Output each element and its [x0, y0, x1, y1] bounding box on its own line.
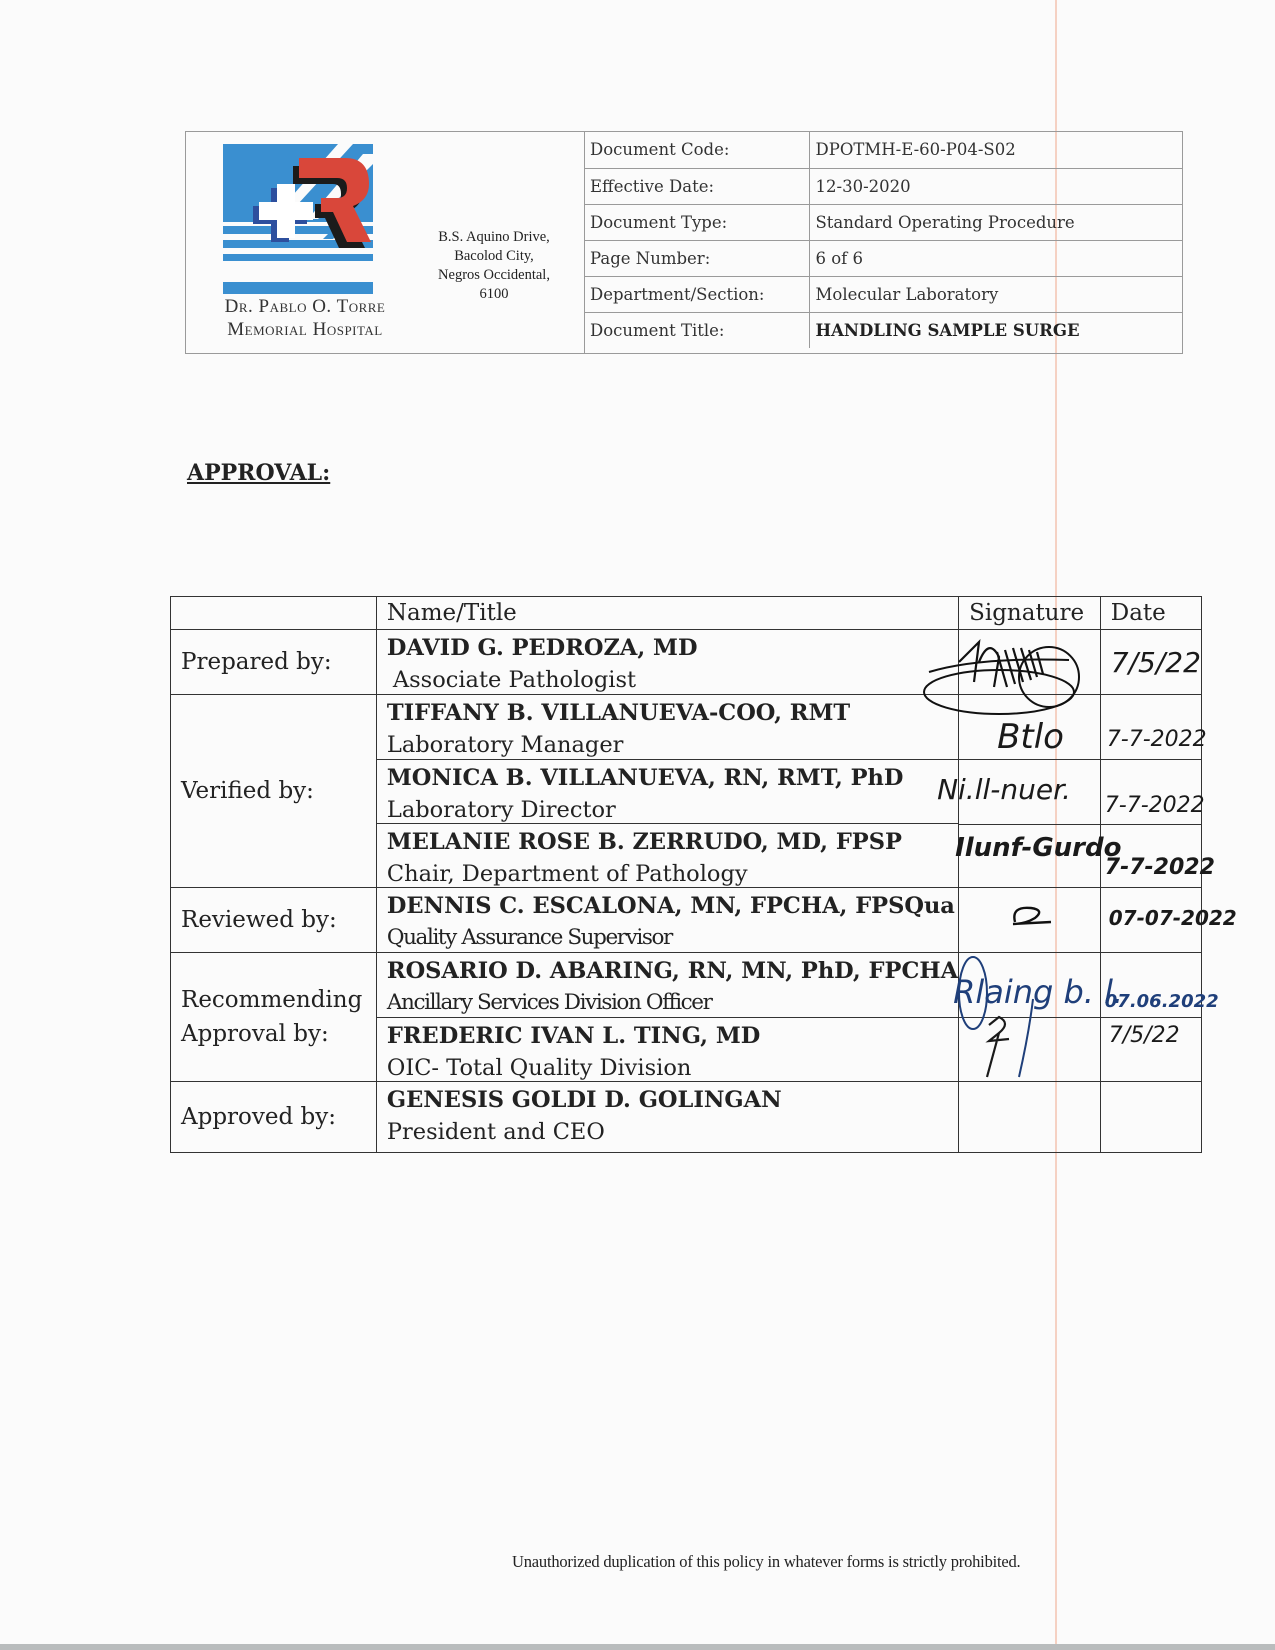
approval-group-reviewed: Reviewed by: DENNIS C. ESCALONA, MN, FPC… — [171, 888, 1202, 953]
column-header-date: Date — [1100, 597, 1201, 630]
signed-date: 07.06.2022 — [1105, 991, 1219, 1012]
date-cell: 07.06.2022 7/5/22 — [1100, 953, 1201, 1082]
field-label: Effective Date: — [584, 168, 809, 204]
role-label: Reviewed by: — [171, 888, 377, 953]
address-line: Negros Occidental, — [414, 266, 574, 285]
person-name: DENNIS C. ESCALONA, MN, FPCHA, FPSQua — [387, 890, 958, 922]
person-title: President and CEO — [387, 1116, 958, 1148]
document-code-row: Document Code: DPOTMH-E-60-P04-S02 — [584, 132, 1182, 168]
field-label: Page Number: — [584, 240, 809, 276]
person-entry: MONICA B. VILLANUEVA, RN, RMT, PhD Labor… — [377, 759, 958, 823]
signed-date: 07-07-2022 — [1109, 906, 1237, 930]
date-cell: 7/5/22 — [1100, 630, 1201, 695]
signed-date: 7-7-2022 — [1107, 727, 1207, 752]
address-line: 6100 — [414, 285, 574, 304]
hospital-name-line-1: Dr. Pablo O. Torre — [190, 295, 420, 318]
role-label: Approved by: — [171, 1082, 377, 1153]
document-header: Dr. Pablo O. Torre Memorial Hospital B.S… — [185, 131, 1183, 354]
signed-date: 7/5/22 — [1109, 1023, 1180, 1048]
signature-loop-icon — [959, 953, 1099, 1083]
signature-icon: Btlo — [997, 717, 1064, 757]
field-label: Department/Section: — [584, 276, 809, 312]
person-title: OIC- Total Quality Division — [387, 1052, 958, 1084]
signed-date: 7-7-2022 — [1105, 793, 1205, 818]
person-name: FREDERIC IVAN L. TING, MD — [387, 1020, 958, 1052]
person-entry: TIFFANY B. VILLANUEVA-COO, RMT Laborator… — [377, 695, 958, 759]
document-type-row: Document Type: Standard Operating Proced… — [584, 204, 1182, 240]
signature-initials-icon — [1003, 902, 1063, 932]
document-type-value: Standard Operating Procedure — [809, 204, 1182, 240]
approval-table: Name/Title Signature Date Prepared by: D… — [170, 596, 1202, 1153]
person-name: DAVID G. PEDROZA, MD — [387, 632, 958, 664]
name-title-cell: GENESIS GOLDI D. GOLINGAN President and … — [376, 1082, 958, 1153]
person-name: GENESIS GOLDI D. GOLINGAN — [387, 1084, 958, 1116]
department-row: Department/Section: Molecular Laboratory — [584, 276, 1182, 312]
signature-cell: Rlaing b. l. — [959, 953, 1101, 1082]
hospital-address: B.S. Aquino Drive, Bacolod City, Negros … — [414, 228, 574, 304]
effective-date-value: 12-30-2020 — [809, 168, 1182, 204]
hospital-name: Dr. Pablo O. Torre Memorial Hospital — [190, 295, 420, 341]
footer-notice: Unauthorized duplication of this policy … — [512, 1552, 1020, 1572]
signed-date: 7-7-2022 — [1105, 855, 1215, 880]
person-name: MELANIE ROSE B. ZERRUDO, MD, FPSP — [387, 826, 958, 858]
date-cell-empty — [1100, 1082, 1201, 1153]
hospital-name-line-2: Memorial Hospital — [190, 318, 420, 341]
address-line: B.S. Aquino Drive, — [414, 228, 574, 247]
person-title: Chair, Department of Pathology — [387, 858, 958, 890]
role-label: Verified by: — [171, 695, 377, 888]
signature-cell: Btlo Ni.ll-nuer. Ilunf-Gurdo — [959, 695, 1101, 888]
role-label: Recommending Approval by: — [171, 953, 377, 1082]
approval-group-verified: Verified by: TIFFANY B. VILLANUEVA-COO, … — [171, 695, 1202, 888]
person-name: TIFFANY B. VILLANUEVA-COO, RMT — [387, 697, 958, 729]
person-entry: DAVID G. PEDROZA, MD Associate Pathologi… — [377, 630, 958, 694]
column-header-name-title: Name/Title — [376, 597, 958, 630]
department-value: Molecular Laboratory — [809, 276, 1182, 312]
name-title-cell: DENNIS C. ESCALONA, MN, FPCHA, FPSQua Qu… — [376, 888, 958, 953]
date-cell: 07-07-2022 — [1100, 888, 1201, 953]
signed-date: 7/5/22 — [1111, 646, 1201, 679]
name-title-cell: TIFFANY B. VILLANUEVA-COO, RMT Laborator… — [376, 695, 958, 888]
page-number-row: Page Number: 6 of 6 — [584, 240, 1182, 276]
signature-cell — [959, 888, 1101, 953]
person-title: Laboratory Manager — [387, 729, 958, 761]
field-label: Document Type: — [584, 204, 809, 240]
document-title-value: HANDLING SAMPLE SURGE — [809, 312, 1182, 348]
person-name: MONICA B. VILLANUEVA, RN, RMT, PhD — [387, 762, 958, 794]
document-info-table: Document Code: DPOTMH-E-60-P04-S02 Effec… — [584, 132, 1182, 348]
signature-icon: Ilunf-Gurdo — [955, 833, 1121, 863]
person-entry: DENNIS C. ESCALONA, MN, FPCHA, FPSQua Qu… — [377, 888, 958, 952]
person-entry: MELANIE ROSE B. ZERRUDO, MD, FPSP Chair,… — [377, 823, 958, 887]
effective-date-row: Effective Date: 12-30-2020 — [584, 168, 1182, 204]
person-title: Ancillary Services Division Officer — [387, 987, 958, 1019]
scan-bottom-edge — [0, 1644, 1275, 1650]
hospital-logo-icon — [223, 144, 378, 294]
approval-group-recommending: Recommending Approval by: ROSARIO D. ABA… — [171, 953, 1202, 1082]
name-title-cell: ROSARIO D. ABARING, RN, MN, PhD, FPCHA A… — [376, 953, 958, 1082]
field-label: Document Title: — [584, 312, 809, 348]
role-label: Prepared by: — [171, 630, 377, 695]
column-header-role — [171, 597, 377, 630]
signature-icon: Ni.ll-nuer. — [937, 773, 1071, 806]
approval-table-header: Name/Title Signature Date — [171, 597, 1202, 630]
signature-cell-empty — [959, 1082, 1101, 1153]
approval-group-approved: Approved by: GENESIS GOLDI D. GOLINGAN P… — [171, 1082, 1202, 1153]
signature-cell — [959, 630, 1101, 695]
person-title: Associate Pathologist — [387, 664, 958, 696]
person-entry: FREDERIC IVAN L. TING, MD OIC- Total Qua… — [377, 1017, 958, 1081]
document-title-row: Document Title: HANDLING SAMPLE SURGE — [584, 312, 1182, 348]
name-title-cell: DAVID G. PEDROZA, MD Associate Pathologi… — [376, 630, 958, 695]
field-label: Document Code: — [584, 132, 809, 168]
document-page: Dr. Pablo O. Torre Memorial Hospital B.S… — [0, 0, 1275, 1644]
person-title: Quality Assurance Supervisor — [387, 922, 958, 954]
person-entry: ROSARIO D. ABARING, RN, MN, PhD, FPCHA A… — [377, 953, 958, 1017]
person-entry: GENESIS GOLDI D. GOLINGAN President and … — [377, 1082, 958, 1152]
person-title: Laboratory Director — [387, 794, 958, 826]
date-cell: 7-7-2022 7-7-2022 7-7-2022 — [1100, 695, 1201, 888]
approval-heading: APPROVAL: — [187, 460, 330, 486]
address-line: Bacolod City, — [414, 247, 574, 266]
page-number-value: 6 of 6 — [809, 240, 1182, 276]
column-header-signature: Signature — [959, 597, 1101, 630]
approval-group-prepared: Prepared by: DAVID G. PEDROZA, MD Associ… — [171, 630, 1202, 695]
hospital-identity-cell: Dr. Pablo O. Torre Memorial Hospital B.S… — [186, 132, 585, 353]
person-name: ROSARIO D. ABARING, RN, MN, PhD, FPCHA — [387, 955, 958, 987]
document-code-value: DPOTMH-E-60-P04-S02 — [809, 132, 1182, 168]
